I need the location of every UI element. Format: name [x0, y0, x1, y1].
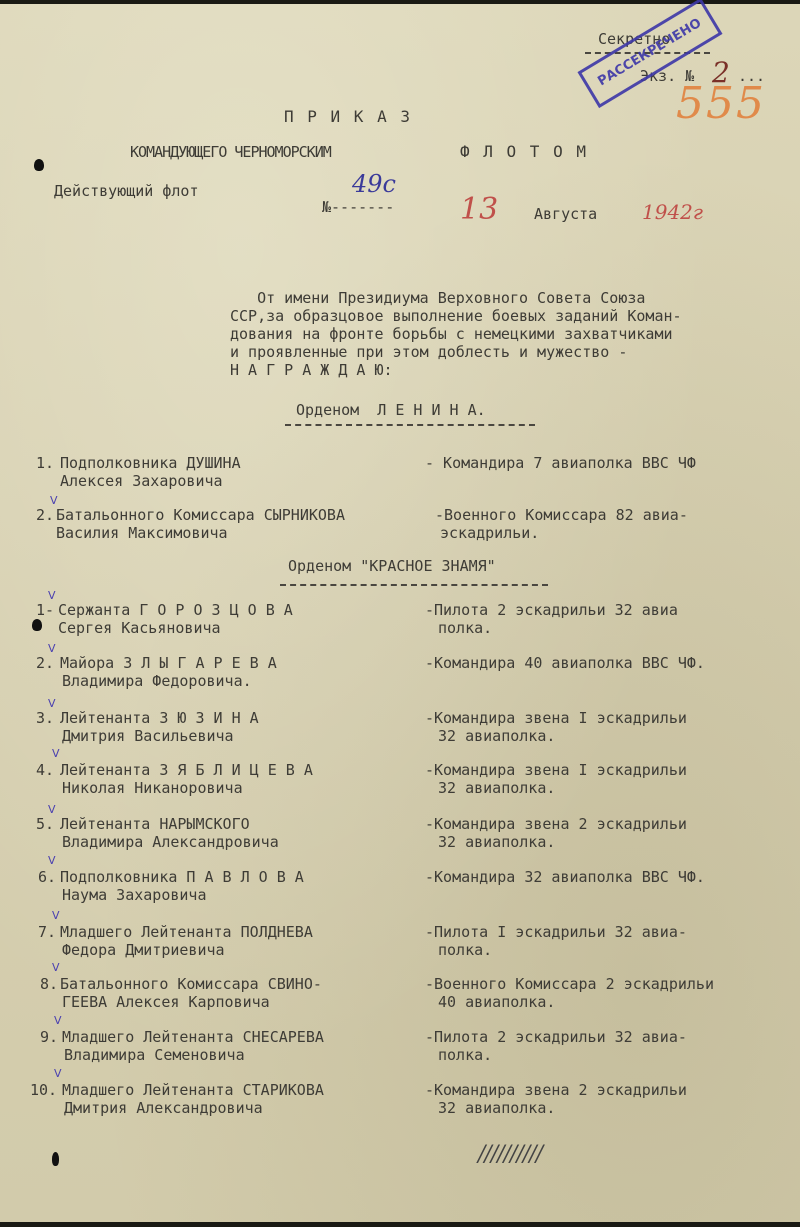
awardee-position-line1: -Пилота 2 эскадрильи 32 авиа — [425, 601, 678, 619]
awardee-name-line1: Сержанта Г О Р О З Ц О В А — [58, 601, 293, 619]
archive-number-handwritten: 555 — [676, 78, 766, 129]
awardee-position-line1: -Пилота 2 эскадрильи 32 авиа- — [425, 1028, 687, 1046]
awardee-name-line2: Владимира Федоровича. — [62, 672, 252, 690]
awardee-name-line2: Дмитрия Александровича — [64, 1099, 263, 1117]
awardee-name-line1: Младшего Лейтенанта СТАРИКОВА — [62, 1081, 324, 1099]
award-number: 2. — [36, 506, 54, 524]
awardee-name-line2: Владимира Семеновича — [64, 1046, 245, 1064]
awardee-position-line1: -Командира 40 авиаполка ВВС ЧФ. — [425, 654, 705, 672]
binder-hole — [34, 159, 44, 171]
awardee-name-line1: Лейтенанта НАРЫМСКОГО — [60, 815, 250, 833]
awardee-name-line2: Николая Никаноровича — [62, 779, 243, 797]
awardee-position-line2: 40 авиаполка. — [438, 993, 555, 1011]
awardee-name-line2: Федора Дмитриевича — [62, 941, 225, 959]
award-number: 6. — [38, 868, 56, 886]
awardee-position-line2: 32 авиаполка. — [438, 779, 555, 797]
awardee-position-line1: -Командира звена 2 эскадрильи — [425, 1081, 687, 1099]
preamble-line: дования на фронте борьбы с немецкими зах… — [230, 325, 673, 343]
award-number: 1- — [36, 601, 54, 619]
order-title: П Р И К А З — [284, 108, 412, 126]
awardee-name-line2: Сергея Касьяновича — [58, 619, 221, 637]
awardee-name-line1: Младшего Лейтенанта СНЕСАРЕВА — [62, 1028, 324, 1046]
preamble-line: и проявленные при этом доблесть и мужест… — [230, 343, 627, 361]
checkmark-icon: V — [52, 909, 60, 922]
award-number: 4. — [36, 761, 54, 779]
award-number: 10. — [30, 1081, 57, 1099]
awardee-name-line2: Владимира Александровича — [62, 833, 279, 851]
binder-hole — [32, 619, 42, 631]
awardee-position-line2: полка. — [438, 941, 492, 959]
awardee-position-line1: -Военного Комиссара 82 авиа- — [435, 506, 688, 524]
section-underline — [280, 584, 548, 586]
awardee-position-line1: -Командира звена I эскадрильи — [425, 709, 687, 727]
award-number: 7. — [38, 923, 56, 941]
awardee-name-line1: Подполковника ДУШИНА — [60, 454, 241, 472]
preamble-line: ССР,за образцовое выполнение боевых зада… — [230, 307, 682, 325]
checkmark-icon: V — [52, 747, 60, 760]
awardee-name-line2: Наума Захаровича — [62, 886, 207, 904]
awardee-position-line2: 32 авиаполка. — [438, 727, 555, 745]
order-subtitle-part2: Ф Л О Т О М — [460, 143, 588, 161]
award-number: 3. — [36, 709, 54, 727]
award-number: 9. — [40, 1028, 58, 1046]
checkmark-icon: V — [54, 1067, 62, 1080]
binder-hole — [52, 1152, 59, 1166]
checkmark-icon: V — [54, 1014, 62, 1027]
awardee-name-line1: Батальонного Комиссара СВИНО- — [60, 975, 322, 993]
awardee-name-line1: Подполковника П А В Л О В А — [60, 868, 304, 886]
preamble-awards-word: Н А Г Р А Ж Д А Ю: — [230, 361, 393, 379]
section-heading-red-banner: Орденом "КРАСНОЕ ЗНАМЯ" — [288, 557, 496, 575]
awardee-name-line2: Василия Максимовича — [56, 524, 228, 542]
fleet-label: Действующий флот — [54, 182, 199, 200]
awardee-position-line2: 32 авиаполка. — [438, 833, 555, 851]
awardee-position-line1: - Командира 7 авиаполка ВВС ЧФ — [425, 454, 696, 472]
awardee-name-line2: Алексея Захаровича — [60, 472, 223, 490]
awardee-name-line2: Дмитрия Васильевича — [62, 727, 234, 745]
section-heading-lenin: Орденом Л Е Н И Н А. — [296, 401, 486, 419]
awardee-name-line2: ГЕЕВА Алексея Карповича — [62, 993, 270, 1011]
closing-slashes: ////////// — [478, 1142, 542, 1167]
awardee-name-line1: Лейтенанта З Я Б Л И Ц Е В А — [60, 761, 313, 779]
document-page: Секретно Экз. № 2 ... 555 РАССЕКРЕЧЕНО П… — [0, 4, 800, 1222]
year-handwritten: 1942г — [642, 200, 703, 224]
checkmark-icon: V — [48, 854, 56, 867]
number-prefix: №------- — [322, 198, 394, 216]
preamble-line: От имени Президиума Верховного Совета Со… — [230, 289, 645, 307]
awardee-name-line1: Младшего Лейтенанта ПОЛДНЕВА — [60, 923, 313, 941]
award-number: 8. — [40, 975, 58, 993]
month-label: Августа — [534, 205, 597, 223]
awardee-position-line2: 32 авиаполка. — [438, 1099, 555, 1117]
awardee-position-line1: -Командира звена 2 эскадрильи — [425, 815, 687, 833]
awardee-position-line1: -Командира 32 авиаполка ВВС ЧФ. — [425, 868, 705, 886]
order-subtitle-part1: КОМАНДУЮЩЕГО ЧЕРНОМОРСКИМ — [130, 143, 331, 161]
awardee-name-line1: Батальонного Комиссара СЫРНИКОВА — [56, 506, 345, 524]
awardee-position-line2: эскадрильи. — [440, 524, 539, 542]
awardee-name-line1: Лейтенанта З Ю З И Н А — [60, 709, 259, 727]
award-number: 1. — [36, 454, 54, 472]
checkmark-icon: V — [52, 961, 60, 974]
awardee-position-line1: -Пилота I эскадрильи 32 авиа- — [425, 923, 687, 941]
awardee-position-line1: -Военного Комиссара 2 эскадрильи — [425, 975, 714, 993]
order-number-handwritten: 49с — [352, 170, 396, 198]
awardee-position-line2: полка. — [438, 1046, 492, 1064]
awardee-position-line1: -Командира звена I эскадрильи — [425, 761, 687, 779]
awardee-position-line2: полка. — [438, 619, 492, 637]
award-number: 5. — [36, 815, 54, 833]
day-handwritten: 13 — [460, 192, 498, 227]
section-underline — [285, 424, 535, 426]
award-number: 2. — [36, 654, 54, 672]
awardee-name-line1: Майора З Л Ы Г А Р Е В А — [60, 654, 277, 672]
